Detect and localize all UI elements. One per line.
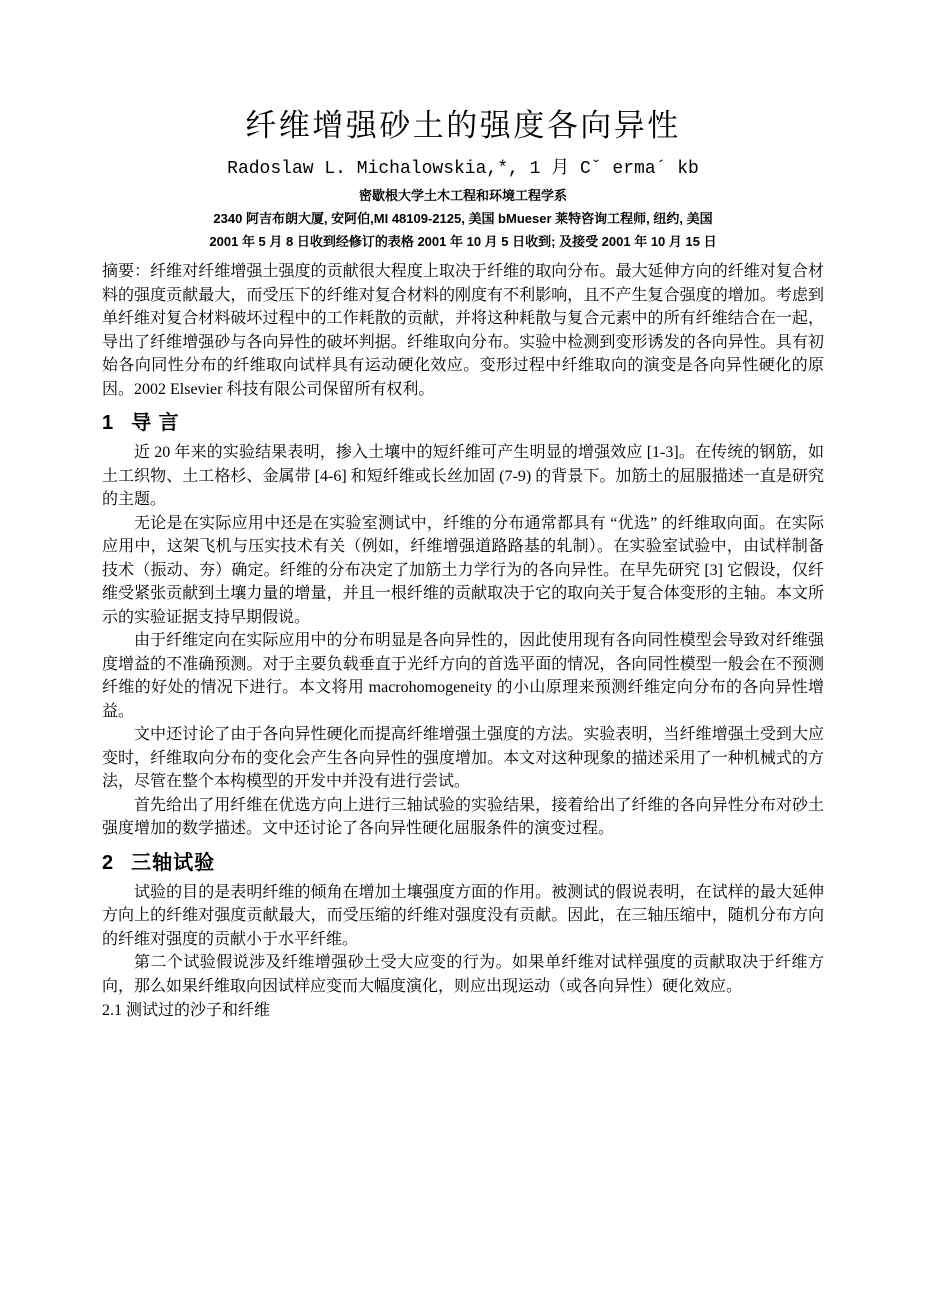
subsection-2-1-heading: 2.1 测试过的沙子和纤维 bbox=[102, 999, 824, 1023]
received-dates-line: 2001 年 5 月 8 日收到经修订的表格 2001 年 10 月 5 日收到… bbox=[102, 234, 824, 250]
section-1-number: 1 bbox=[102, 410, 113, 436]
document-page: 纤维增强砂土的强度各向异性 Radoslaw L. Michalowskia,*… bbox=[0, 0, 926, 1310]
section-1-title: 导 言 bbox=[131, 412, 180, 434]
address-line: 2340 阿吉布朗大厦, 安阿伯,MI 48109-2125, 美国 bMues… bbox=[102, 211, 824, 227]
section-2-paragraph-1: 试验的目的是表明纤维的倾角在增加土壤强度方面的作用。被测试的假说表明，在试样的最… bbox=[102, 881, 824, 952]
section-2-title: 三轴试验 bbox=[131, 852, 215, 874]
paper-title: 纤维增强砂土的强度各向异性 bbox=[102, 106, 824, 146]
author-line: Radoslaw L. Michalowskia,*, 1 月 Cˇ erma´… bbox=[102, 156, 824, 182]
section-1-paragraph-3: 由于纤维定向在实际应用中的分布明显是各向异性的，因此使用现有各向同性模型会导致对… bbox=[102, 629, 824, 723]
affiliation-line: 密歇根大学土木工程和环境工程学系 bbox=[102, 188, 824, 204]
section-1-paragraph-2: 无论是在实际应用中还是在实验室测试中，纤维的分布通常都具有 “优选” 的纤维取向… bbox=[102, 512, 824, 630]
section-2-heading: 2三轴试验 bbox=[102, 850, 824, 876]
section-2-paragraph-2: 第二个试验假说涉及纤维增强砂土受大应变的行为。如果单纤维对试样强度的贡献取决于纤… bbox=[102, 951, 824, 998]
section-1-paragraph-1: 近 20 年来的实验结果表明，掺入土壤中的短纤维可产生明显的增强效应 [1‐3]… bbox=[102, 441, 824, 512]
section-1-paragraph-5: 首先给出了用纤维在优选方向上进行三轴试验的实验结果，接着给出了纤维的各向异性分布… bbox=[102, 794, 824, 841]
section-2-number: 2 bbox=[102, 850, 113, 876]
section-1-heading: 1导 言 bbox=[102, 410, 824, 436]
abstract-paragraph: 摘要：纤维对纤维增强土强度的贡献很大程度上取决于纤维的取向分布。最大延伸方向的纤… bbox=[102, 260, 824, 401]
page-content: 纤维增强砂土的强度各向异性 Radoslaw L. Michalowskia,*… bbox=[102, 106, 824, 1023]
section-1-paragraph-4: 文中还讨论了由于各向异性硬化而提高纤维增强土强度的方法。实验表明，当纤维增强土受… bbox=[102, 723, 824, 794]
